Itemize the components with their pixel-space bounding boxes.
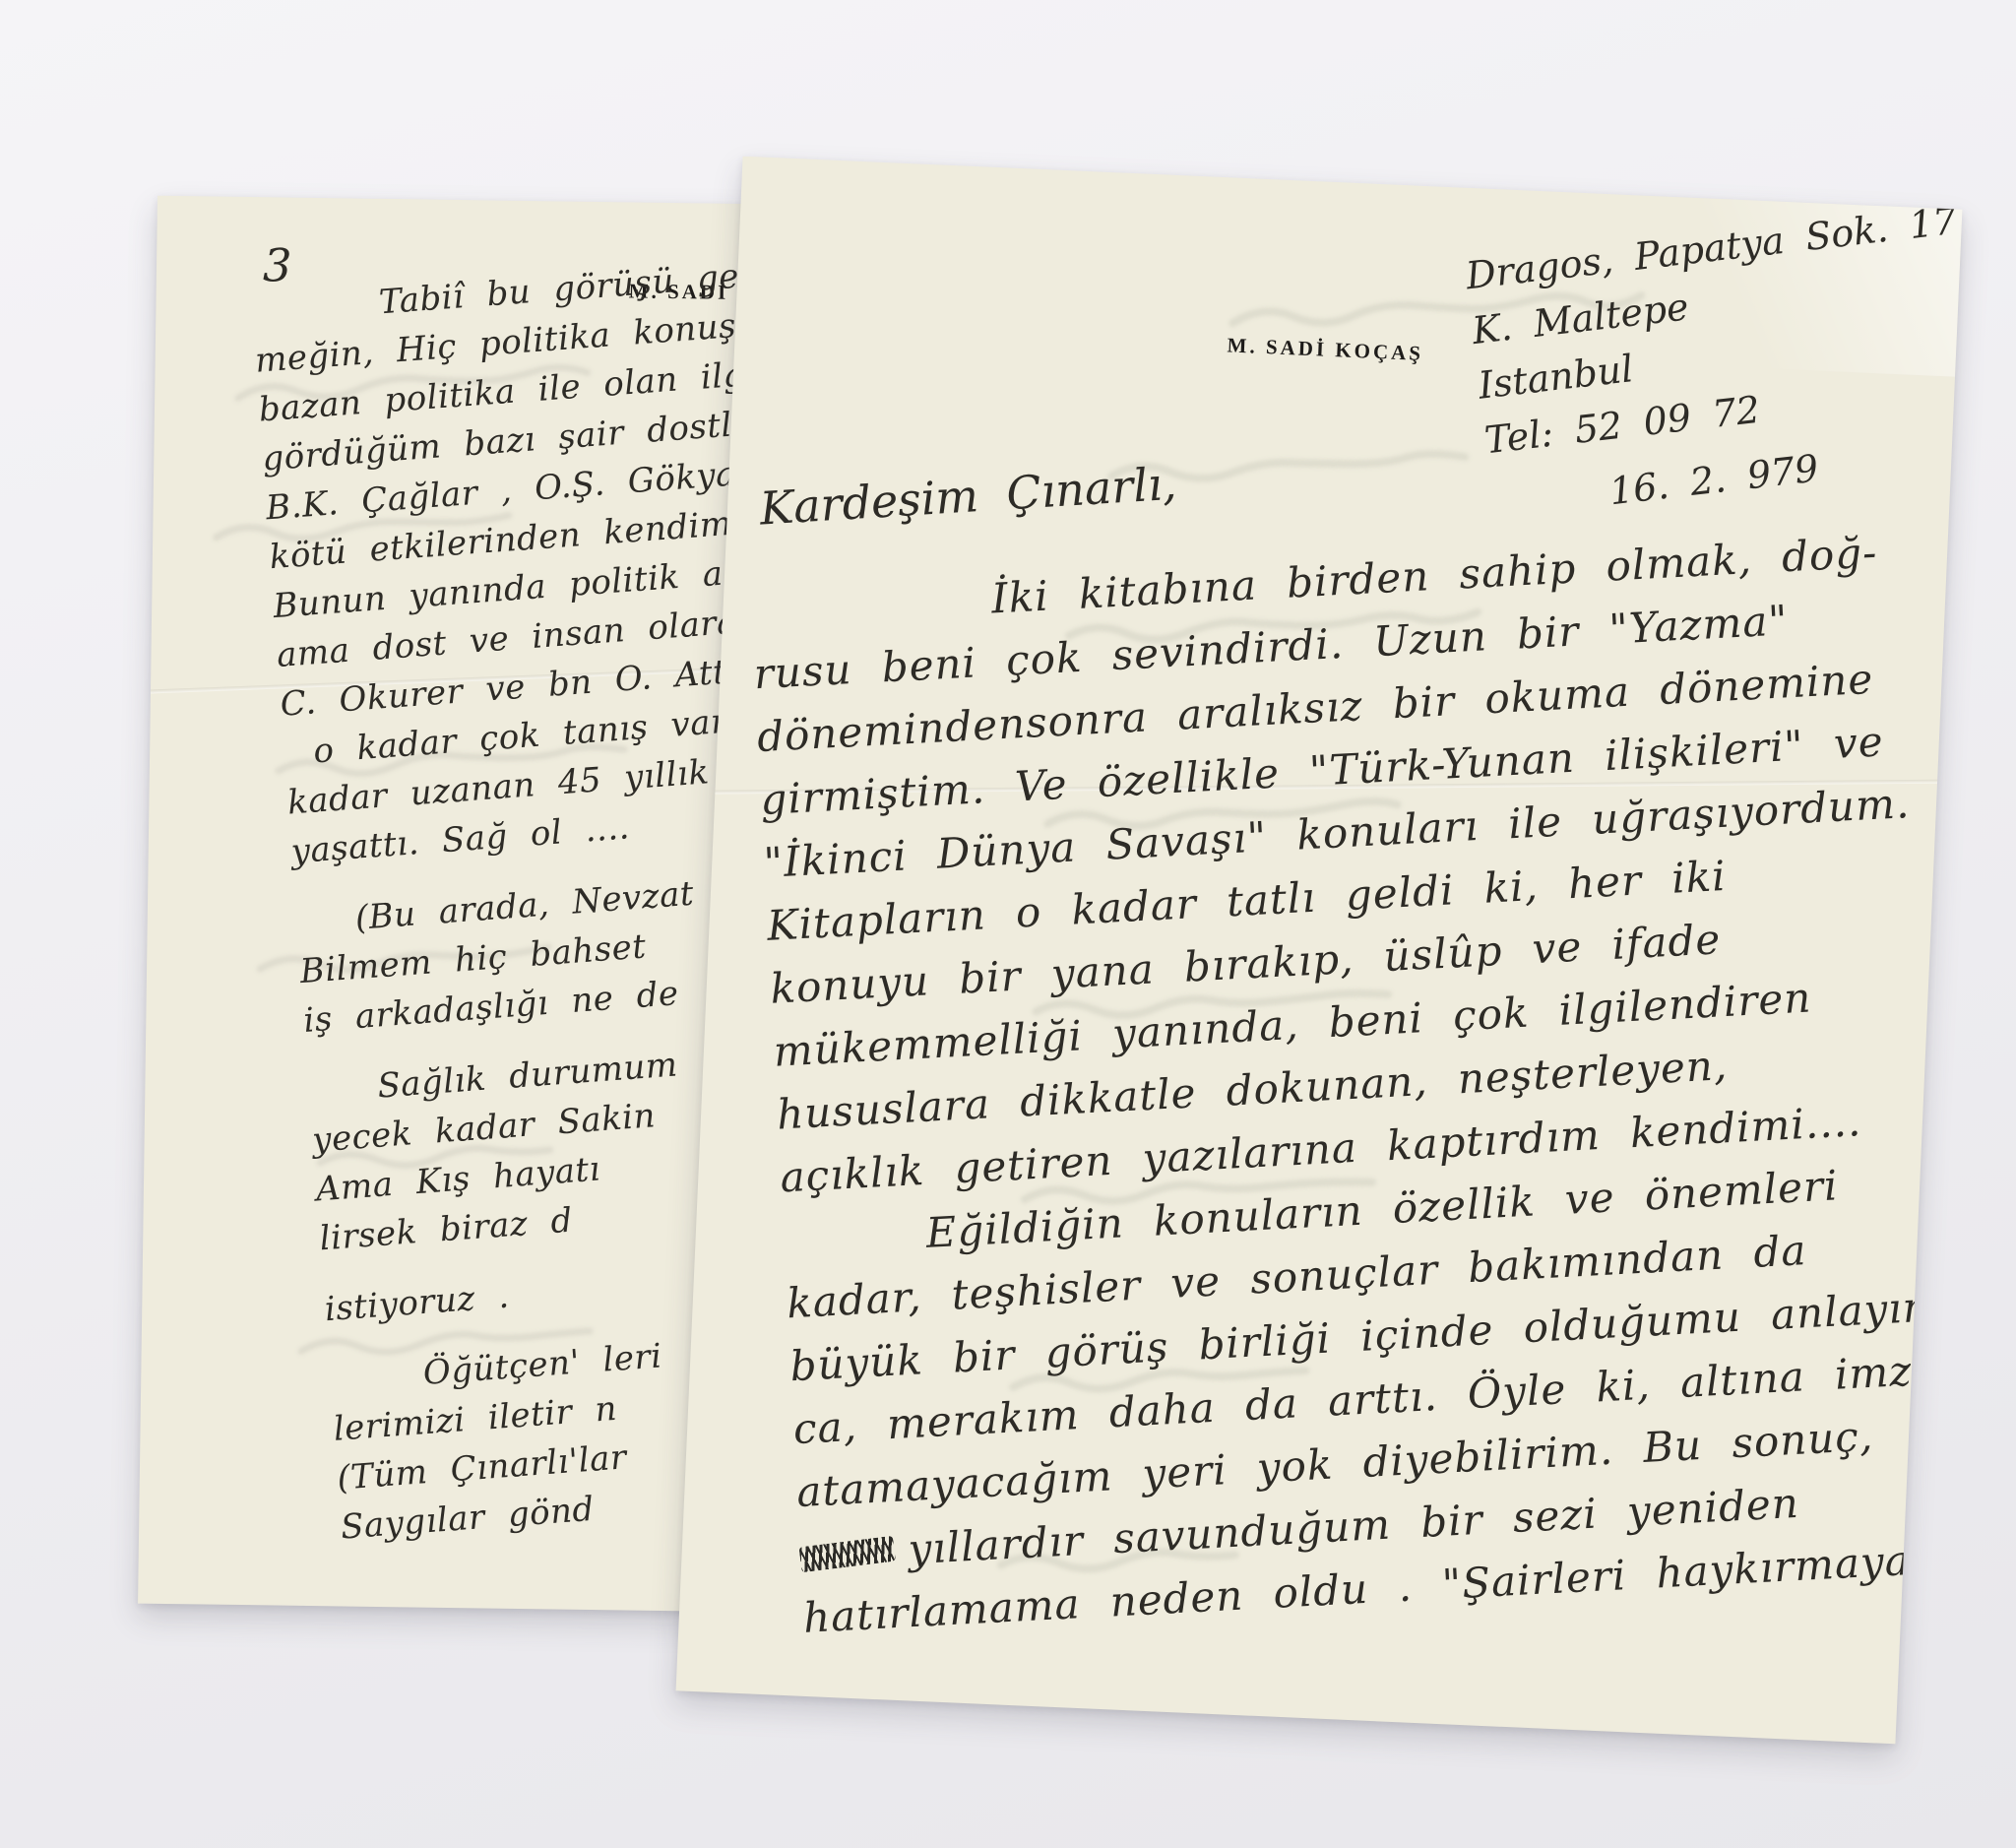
letter-front-sheet: M. SADİ KOÇAŞ Dragos, Papatya Sok. 17K. … — [676, 157, 1963, 1745]
front-page-body-lines: İki kitabına birden sahip olmak, doğ-rus… — [749, 518, 1963, 1650]
letterhead-front-page: M. SADİ KOÇAŞ — [1227, 333, 1423, 366]
photo-of-letters: 3 M. SADİ KOÇAŞ Tabiî bu görüşü genellem… — [0, 0, 2016, 1848]
salutation: Kardeşim Çınarlı, — [758, 457, 1178, 536]
address-block: Dragos, Papatya Sok. 17K. MaltepeIstanbu… — [1463, 193, 1962, 533]
address-block-lines: Dragos, Papatya Sok. 17K. MaltepeIstanbu… — [1463, 193, 1962, 468]
scribbled-out-word — [799, 1536, 896, 1573]
